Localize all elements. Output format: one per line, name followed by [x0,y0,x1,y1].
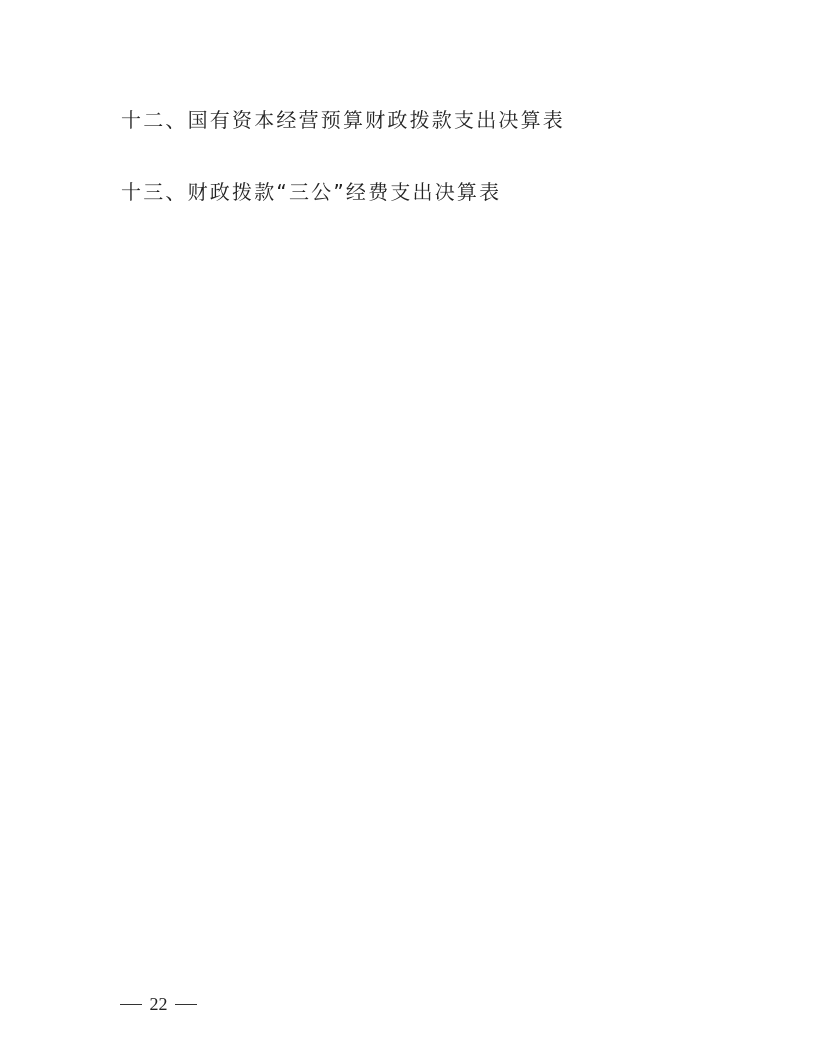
page-number: 22 [150,994,168,1014]
document-page: 十二、国有资本经营预算财政拨款支出决算表 十三、财政拨款“三公”经费支出决算表 … [0,0,815,1055]
toc-item-13: 十三、财政拨款“三公”经费支出决算表 [121,180,501,204]
footer-dash-left [120,1004,142,1005]
page-footer: 22 [120,994,197,1014]
footer-dash-right [175,1004,197,1005]
toc-item-12: 十二、国有资本经营预算财政拨款支出决算表 [121,108,565,132]
